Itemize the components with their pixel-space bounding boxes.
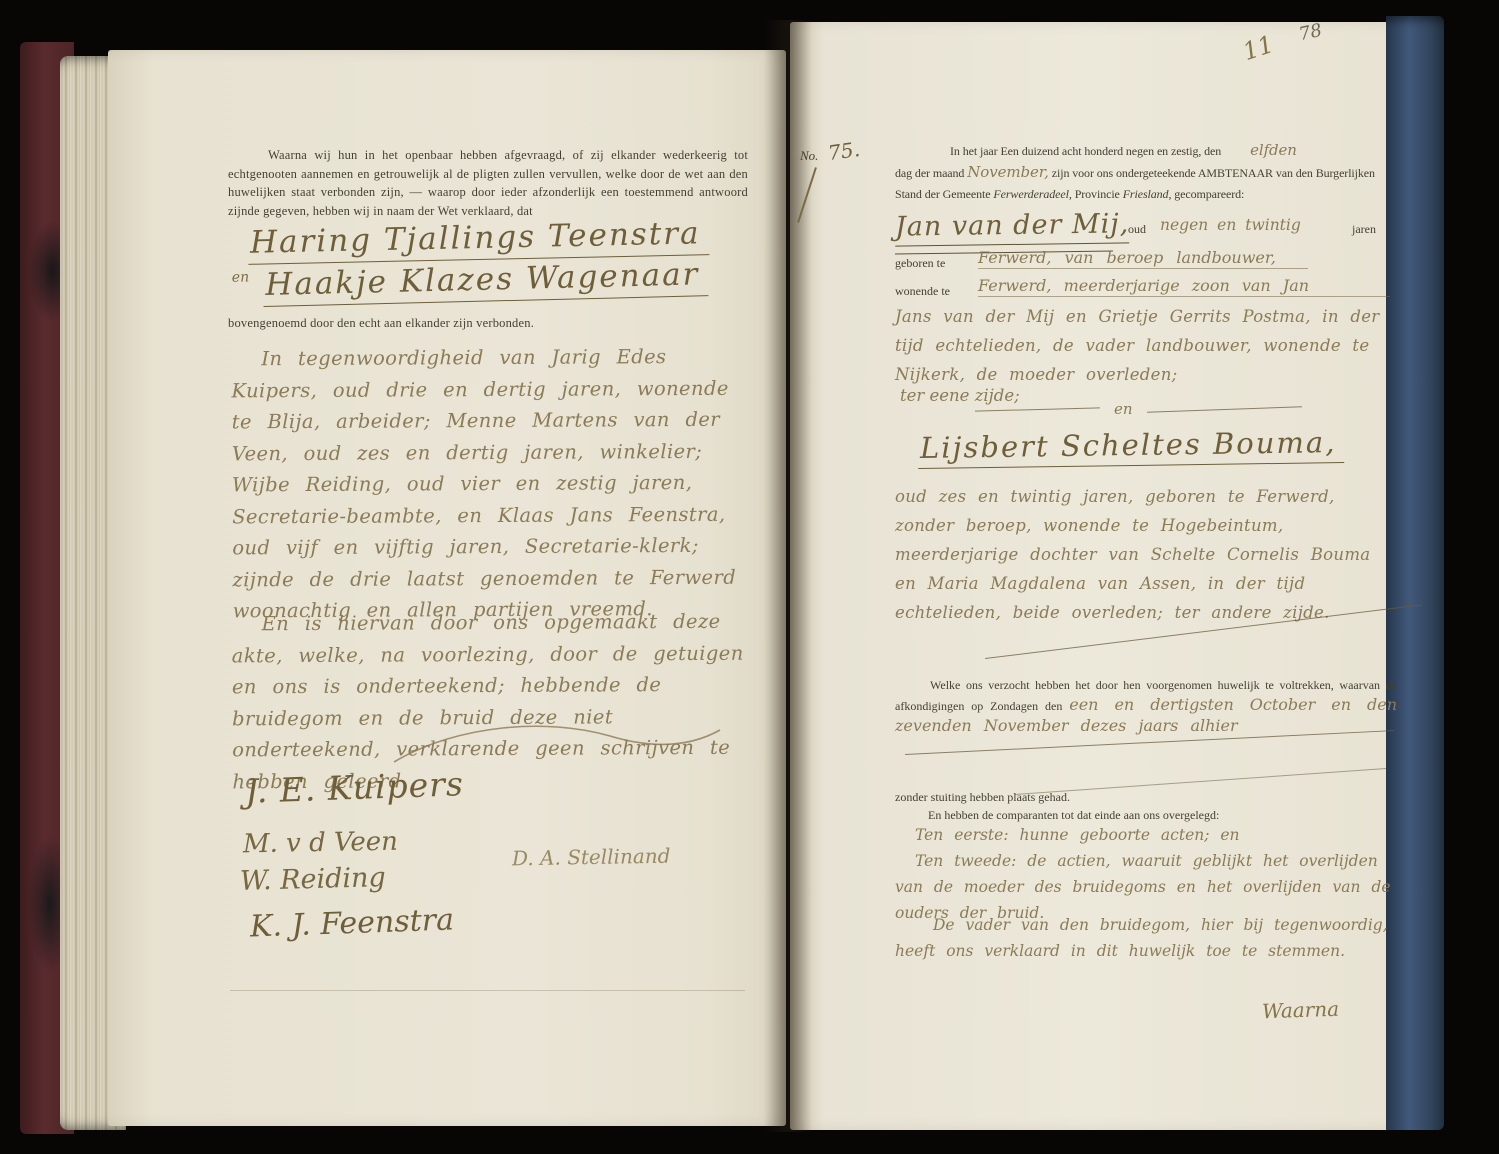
intro-printed-1: In het jaar Een duizend acht honderd neg… xyxy=(950,144,1221,158)
intro-provincie: Friesland, xyxy=(1123,187,1172,201)
connector-rule-left xyxy=(975,407,1100,411)
catchword: Waarna xyxy=(1262,997,1340,1024)
submitted-line: En hebben de comparanten tot dat einde a… xyxy=(928,808,1219,823)
right-intro-block: In het jaar Een duizend acht honderd neg… xyxy=(895,140,1395,205)
request-paragraph: Welke ons verzocht hebben het door hen v… xyxy=(895,676,1397,737)
intro-printed-3b: Provincie xyxy=(1075,187,1120,201)
faint-rule-left-page xyxy=(230,990,745,991)
connector-text: en xyxy=(1114,400,1133,418)
groom-name-right: Jan van der Mij, xyxy=(895,208,1130,246)
intro-printed-2: dag der maand xyxy=(895,166,964,180)
signature-witness: M. v d Veen xyxy=(243,827,398,860)
jaren-label: jaren xyxy=(1352,222,1376,237)
father-consent-handwritten: De vader van den bruidegom, hier bij teg… xyxy=(895,912,1407,964)
intro-month-handwritten: November, xyxy=(967,163,1049,181)
signature-registrar: D. A. Stellinand xyxy=(512,844,671,871)
groom-birth-handwritten: Ferwerd, van beroep landbouwer, xyxy=(978,248,1308,269)
signature-witness: W. Reiding xyxy=(240,862,386,897)
groom-age-handwritten: negen en twintig xyxy=(1160,216,1301,234)
signature-witness: J. E. Kuipers xyxy=(244,764,464,811)
first-document-handwritten: Ten eerste: hunne geboorte acten; en xyxy=(915,826,1240,844)
intro-line-1: In het jaar Een duizend acht honderd neg… xyxy=(895,140,1395,162)
name-connector: en xyxy=(232,269,250,285)
intro-printed-2b: zijn voor ons ondergeteekende AMBTENAAR … xyxy=(1052,166,1375,180)
intro-day-handwritten: elfden xyxy=(1250,141,1297,159)
bride-paragraph: oud zes en twintig jaren, geboren te Fer… xyxy=(895,482,1397,627)
left-intro-paragraph: Waarna wij hun in het openbaar hebben af… xyxy=(228,146,748,220)
oud-label: oud xyxy=(1128,222,1146,237)
intro-printed-3c: gecompareerd: xyxy=(1174,187,1244,201)
groom-residence-handwritten: Ferwerd, meerderjarige zoon van Jan xyxy=(978,276,1390,297)
connector-rule-right xyxy=(1147,406,1302,412)
witnesses-paragraph: In tegenwoordigheid van Jarig Edes Kuipe… xyxy=(231,341,754,627)
geboren-label: geboren te xyxy=(895,256,945,271)
no-objection-line: zonder stuiting hebben plaats gehad. xyxy=(895,790,1070,805)
act-number-label: No. xyxy=(800,148,818,164)
intro-gemeente: Ferwerderadeel, xyxy=(993,187,1071,201)
intro-line-2: dag der maand November, zijn voor ons on… xyxy=(895,162,1395,184)
intro-printed-3a: Stand der Gemeente xyxy=(895,187,991,201)
groom-parents-paragraph: Jans van der Mij en Grietje Gerrits Post… xyxy=(895,302,1395,389)
bride-name-right-text: Lijsbert Scheltes Bouma, xyxy=(918,425,1345,469)
bound-line: bovengenoemd door den echt aan elkander … xyxy=(228,316,534,331)
wonende-label: wonende te xyxy=(895,284,950,299)
marriage-register-scan: 11 78 Waarna wij hun in het openbaar heb… xyxy=(0,0,1499,1154)
bride-name-right: Lijsbert Scheltes Bouma, xyxy=(918,425,1345,469)
connector-row: en xyxy=(975,400,1302,418)
signature-witness: K. J. Feenstra xyxy=(249,902,454,944)
intro-line-3: Stand der Gemeente Ferwerderadeel, Provi… xyxy=(895,184,1395,205)
act-number-value: 75. xyxy=(826,137,861,165)
